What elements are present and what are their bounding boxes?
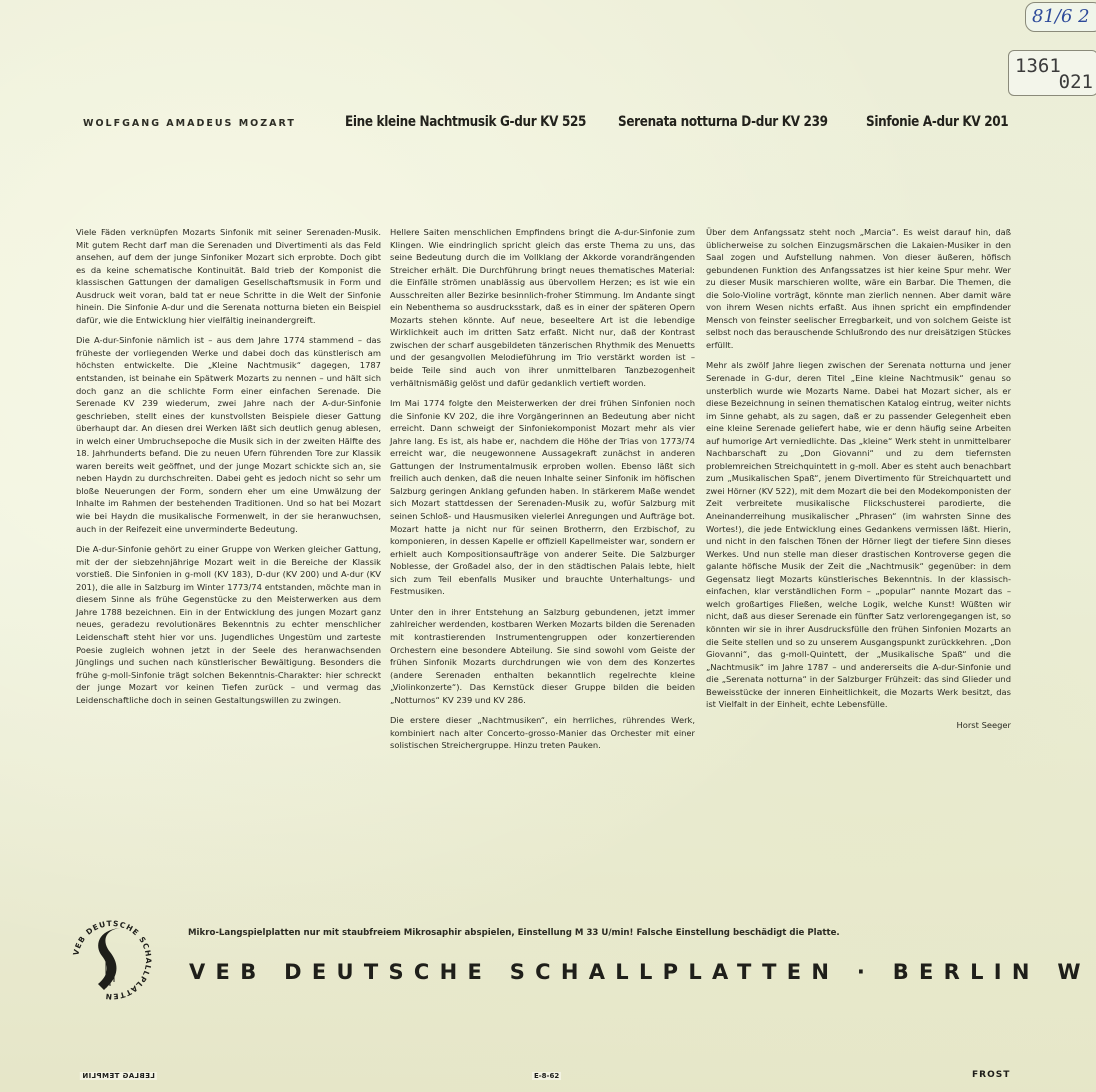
work-title: Eine kleine Nachtmusik G-dur KV 525 [345,114,586,130]
playback-notice: Mikro-Langspielplatten nur mit staubfrei… [188,928,840,938]
text-column-3: Über dem Anfangssatz steht noch „Marcia“… [706,226,1011,731]
catalog-number-line1: 1361 [1015,55,1061,77]
paragraph: Hellere Saiten menschlichen Empfindens b… [390,226,695,389]
composer-name: WOLFGANG AMADEUS MOZART [83,118,296,129]
header: WOLFGANG AMADEUS MOZART Eine kleine Nach… [0,112,1096,136]
paragraph: Über dem Anfangssatz steht noch „Marcia“… [706,226,1011,351]
paragraph: Unter den in ihrer Entstehung an Salzbur… [390,606,695,706]
paragraph: Mehr als zwölf Jahre liegen zwischen der… [706,359,1011,710]
paragraph: Die A-dur-Sinfonie gehört zu einer Grupp… [76,543,381,706]
catalog-number-sticker: 1361 021 [1008,50,1096,96]
print-code-left: LEBLAG TEMPLIN [80,1072,157,1080]
catalog-number-line2: 021 [1059,71,1093,93]
printer-name: FROST [970,1070,1012,1080]
paragraph: Viele Fäden verknüpfen Mozarts Sinfonik … [76,226,381,326]
author-signature: Horst Seeger [706,719,1011,732]
paragraph: Die A-dur-Sinfonie nämlich ist – aus dem… [76,334,381,535]
print-code-mid: E-8-62 [532,1072,561,1080]
work-title: Serenata notturna D-dur KV 239 [618,114,828,130]
text-column-2: Hellere Saiten menschlichen Empfindens b… [390,226,695,760]
paragraph: Die erstere dieser „Nachtmusiken“, ein h… [390,714,695,752]
paragraph: Im Mai 1774 folgte den Meisterwerken der… [390,397,695,598]
publisher-name: VEB DEUTSCHE SCHALLPLATTEN · BERLIN W 8 [189,960,1096,984]
work-title: Sinfonie A-dur KV 201 [866,114,1008,130]
harp-s-logo-icon: VEB DEUTSCHE SCHALLPLATTEN [68,916,156,1004]
handwritten-sticker: 81/6 2 [1025,2,1096,32]
text-column-1: Viele Fäden verknüpfen Mozarts Sinfonik … [76,226,381,714]
